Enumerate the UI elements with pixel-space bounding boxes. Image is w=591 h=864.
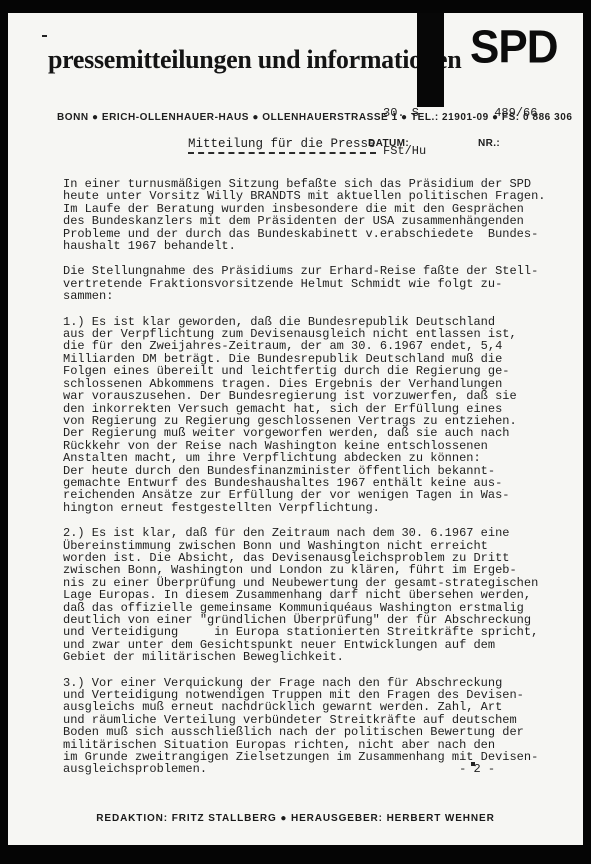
nr-label: NR.: [478, 138, 500, 149]
imprint-footer: REDAKTION: FRITZ STALLBERG ● HERAUSGEBER… [8, 813, 583, 824]
scan-artifact-bar [417, 13, 444, 107]
scan-speck [42, 35, 47, 37]
subject-title: Mitteilung für die Presse [188, 137, 376, 154]
document-page: pressemitteilungen und informationen SPD… [8, 13, 583, 845]
reference-block: 30. S.489/66 FSt/Hu [383, 82, 537, 182]
address-line: BONN ● ERICH-OLLENHAUER-HAUS ● OLLENHAUE… [57, 112, 567, 123]
datum-label: DATUM: [368, 138, 409, 149]
scan-speck [471, 762, 475, 766]
document-body: In einer turnusmäßigen Sitzung befaßte s… [63, 178, 568, 789]
intro-paragraph: In einer turnusmäßigen Sitzung befaßte s… [63, 178, 568, 252]
statement-lead-paragraph: Die Stellungnahme des Präsidiums zur Erh… [63, 265, 568, 302]
point-1-paragraph: 1.) Es ist klar geworden, daß die Bundes… [63, 316, 568, 515]
spd-logo: SPD [470, 22, 557, 75]
masthead-title: pressemitteilungen und informationen [48, 45, 461, 75]
point-3-paragraph: 3.) Vor einer Verquickung der Frage nach… [63, 677, 568, 776]
point-2-paragraph: 2.) Es ist klar, daß für den Zeitraum na… [63, 527, 568, 663]
subject-row: Mitteilung für die Presse DATUM: NR.: [8, 137, 583, 157]
scan-background: pressemitteilungen und informationen SPD… [0, 0, 591, 864]
